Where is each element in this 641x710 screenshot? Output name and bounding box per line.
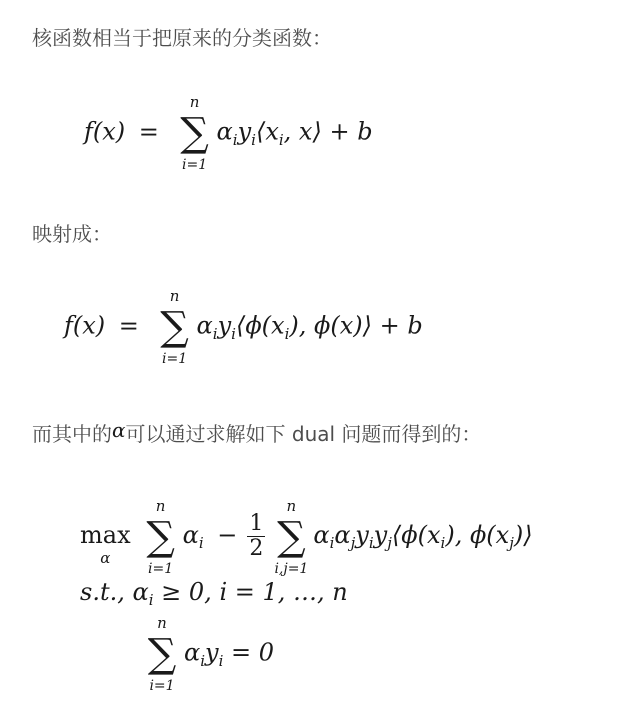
subscript-i: i (330, 534, 335, 552)
alpha-subscript: i (200, 652, 205, 670)
alpha-subscript: i (149, 591, 154, 609)
sum-upper-limit: n (155, 287, 195, 305)
sum-upper-limit: n (141, 497, 181, 515)
eq1-lhs: f(x) (84, 118, 125, 146)
equals-zero: = 0 (231, 639, 274, 667)
sum-upper-limit: n (175, 93, 215, 111)
constraint-nonnegativity: s.t., αi ≥ 0, i = 1, …, n (80, 578, 348, 606)
sum-lower-limit: i=1 (134, 678, 190, 694)
alpha-symbol: α (112, 418, 126, 442)
alpha: α (184, 639, 200, 667)
numerator: 1 (247, 512, 265, 537)
equation-original-classifier: f(x) = n ∑ i=1 αiyi⟨xi, x⟩ + b (84, 113, 373, 153)
sum-lower-limit: i=1 (167, 157, 223, 173)
alpha-subscript: i (199, 534, 204, 552)
inner-product-close: , x⟩ (284, 118, 322, 146)
sum-upper-limit: n (142, 614, 182, 632)
fraction-one-half: 12 (247, 512, 265, 561)
y-i: y (355, 521, 369, 549)
inner-product-close: ), ϕ(x)⟩ (289, 312, 372, 340)
sum-lower-limit: i=1 (133, 561, 189, 577)
x-subscript: i (285, 325, 290, 343)
mapping-paragraph: 映射成： (32, 218, 112, 247)
inner-product-open: ⟨ϕ(x (236, 312, 285, 340)
constraint-sum-zero: n ∑ i=1 αiyi = 0 (140, 634, 274, 674)
equation-kernel-classifier: f(x) = n ∑ i=1 αiyi⟨ϕ(xi), ϕ(x)⟩ + b (64, 307, 423, 347)
eq1-equals: = (139, 118, 159, 146)
max-subscript: α (80, 549, 131, 567)
y: y (238, 118, 252, 146)
eq2-lhs: f(x) (64, 312, 105, 340)
y-subscript: i (231, 325, 236, 343)
max-label: max (80, 521, 131, 549)
inner-product-close: )⟩ (514, 521, 533, 549)
x-subscript: i (279, 131, 284, 149)
max-operator: max α (80, 521, 131, 549)
alpha-j: α (334, 521, 350, 549)
y-j: y (374, 521, 388, 549)
sum-upper-limit: n (271, 497, 311, 515)
dual-problem-paragraph: 而其中的α可以通过求解如下 dual 问题而得到的： (32, 418, 481, 447)
inner-product-open: ⟨x (256, 118, 279, 146)
alpha-i: α (313, 521, 329, 549)
intro-paragraph: 核函数相当于把原来的分类函数： (32, 22, 332, 51)
summation-symbol: n ∑ i=1 (142, 634, 182, 674)
sum-lower-limit: i,j=1 (263, 561, 319, 577)
subscript-j: j (387, 534, 392, 552)
summation-symbol: n ∑ i=1 (155, 307, 195, 347)
y: y (205, 639, 219, 667)
equation-dual-objective: max α n ∑ i=1 αi −12 n ∑ i,j=1 αiαjyiyj⟨… (80, 512, 533, 561)
alpha: α (133, 578, 149, 606)
alpha-subscript: i (213, 325, 218, 343)
eq2-equals: = (119, 312, 139, 340)
alpha: α (183, 521, 199, 549)
constraint-range: ≥ 0, i = 1, …, n (161, 578, 348, 606)
bias-term: + b (329, 118, 372, 146)
summation-symbol: n ∑ i=1 (175, 113, 215, 153)
denominator: 2 (247, 537, 265, 561)
subscript-j: j (509, 534, 514, 552)
subscript-i: i (369, 534, 374, 552)
subscript-i: i (441, 534, 446, 552)
summation-symbol: n ∑ i=1 (141, 517, 181, 557)
subscript-j: j (351, 534, 356, 552)
para3-text-after: 可以通过求解如下 dual 问题而得到的： (126, 422, 482, 446)
y-subscript: i (251, 131, 256, 149)
alpha: α (217, 118, 233, 146)
y: y (218, 312, 232, 340)
double-summation-symbol: n ∑ i,j=1 (271, 517, 311, 557)
alpha: α (197, 312, 213, 340)
para3-text-before: 而其中的 (32, 422, 112, 446)
bias-term: + b (380, 312, 423, 340)
alpha-subscript: i (233, 131, 238, 149)
y-subscript: i (219, 652, 224, 670)
minus-sign: − (217, 521, 237, 549)
sum-lower-limit: i=1 (147, 351, 203, 367)
inner-product-open: ⟨ϕ(x (392, 521, 441, 549)
subject-to-label: s.t., (80, 578, 125, 606)
inner-product-mid: ), ϕ(x (445, 521, 509, 549)
